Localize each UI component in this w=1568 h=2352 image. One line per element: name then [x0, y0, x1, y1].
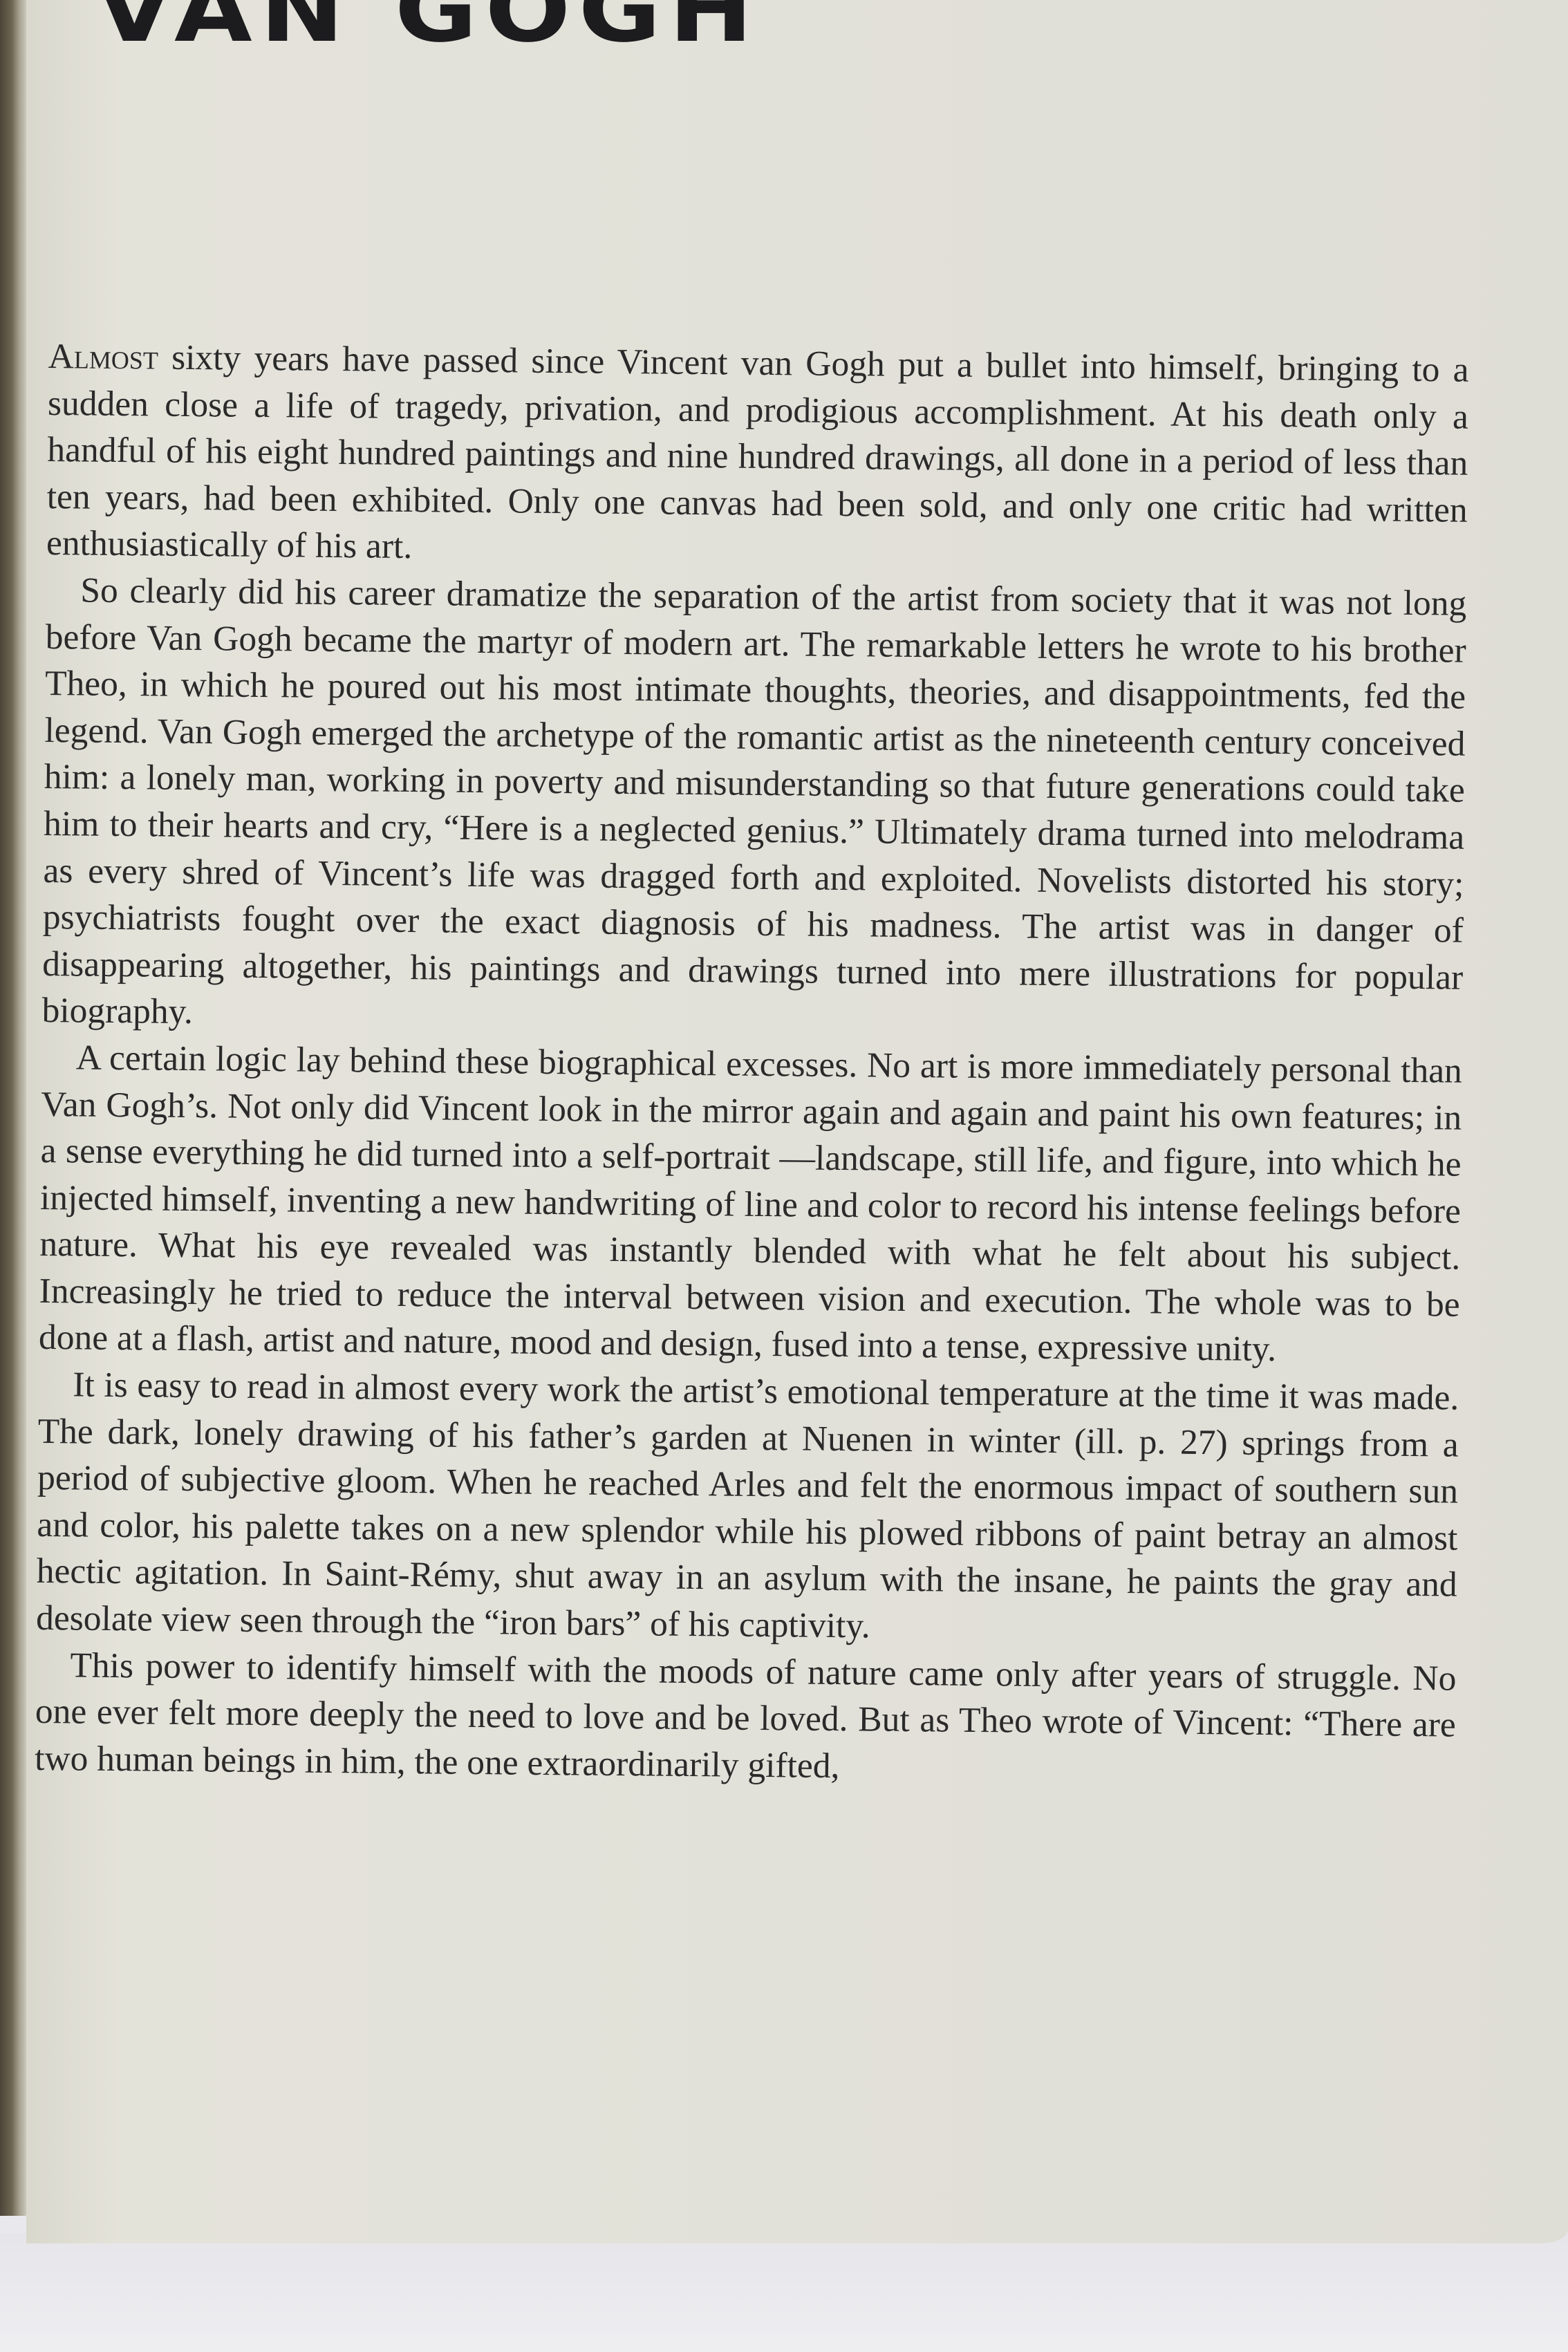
article-body: Almost sixty years have passed since Vin…: [35, 333, 1469, 1795]
paragraph-4: It is easy to read in almost every work …: [36, 1361, 1459, 1655]
lead-in-smallcaps: Almost: [48, 337, 158, 377]
book-page: VAN GOGH Almost sixty years have passed …: [26, 0, 1568, 2243]
background-sheet: [0, 2233, 1568, 2352]
paragraph-3: A certain logic lay behind these biograp…: [39, 1034, 1462, 1375]
paragraph-5: This power to identify himself with the …: [35, 1642, 1457, 1795]
paragraph-1-text: sixty years have passed since Vincent va…: [46, 338, 1469, 567]
paragraph-1: Almost sixty years have passed since Vin…: [46, 333, 1469, 581]
book-spine-shadow: [0, 0, 26, 2216]
paragraph-2: So clearly did his career dramatize the …: [41, 567, 1466, 1048]
page-title: VAN GOGH: [95, 0, 760, 62]
